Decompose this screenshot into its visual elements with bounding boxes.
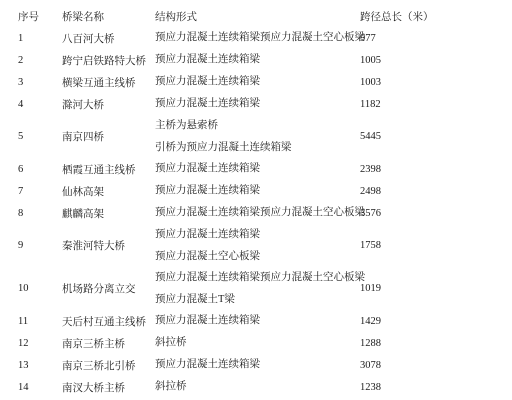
row-number: 10	[0, 283, 62, 294]
structure-forms: 预应力混凝土连续箱梁	[155, 71, 360, 93]
bridge-name: 机场路分离立交	[62, 281, 155, 296]
span-length: 1003	[360, 77, 512, 88]
row-number: 11	[0, 316, 62, 327]
bridge-name: 跨宁启铁路特大桥	[62, 53, 155, 68]
structure-forms: 预应力混凝土连续箱梁预应力混凝土空心板梁	[155, 202, 360, 224]
structure-line: 预应力混凝土T梁	[155, 289, 360, 311]
structure-line: 引桥为预应力混凝土连续箱梁	[155, 137, 360, 159]
structure-line: 主桥为悬索桥	[155, 115, 360, 137]
structure-line: 预应力混凝土连续箱梁	[155, 310, 360, 332]
structure-forms: 预应力混凝土连续箱梁预应力混凝土空心板梁	[155, 224, 360, 267]
table-row: 9 秦淮河特大桥 预应力混凝土连续箱梁预应力混凝土空心板梁 1758	[0, 224, 512, 267]
bridge-name: 横梁互通主线桥	[62, 75, 155, 90]
bridge-name: 麒麟高架	[62, 206, 155, 221]
structure-forms: 预应力混凝土连续箱梁预应力混凝土空心板梁预应力混凝土T梁	[155, 267, 360, 310]
structure-forms: 预应力混凝土连续箱梁	[155, 354, 360, 376]
table-row: 13 南京三桥北引桥 预应力混凝土连续箱梁 3078	[0, 354, 512, 376]
bridge-name: 天后村互通主线桥	[62, 314, 155, 329]
bridge-name: 南汊大桥主桥	[62, 380, 155, 395]
structure-forms: 预应力混凝土连续箱梁预应力混凝土空心板梁	[155, 27, 360, 49]
structure-line: 预应力混凝土连续箱梁	[155, 93, 360, 115]
structure-line: 预应力混凝土空心板梁	[155, 246, 360, 268]
header-structure: 结构形式	[155, 9, 360, 24]
span-length: 1019	[360, 283, 512, 294]
bridge-name: 滁河大桥	[62, 97, 155, 112]
structure-line: 预应力混凝土连续箱梁	[155, 158, 360, 180]
row-number: 9	[0, 240, 62, 251]
structure-line: 预应力混凝土连续箱梁	[155, 180, 360, 202]
table-header-row: 序号 桥梁名称 结构形式 跨径总长（米）	[0, 5, 512, 27]
table-row: 5 南京四桥 主桥为悬索桥引桥为预应力混凝土连续箱梁 5445	[0, 115, 512, 158]
table-row: 1 八百河大桥 预应力混凝土连续箱梁预应力混凝土空心板梁 977	[0, 27, 512, 49]
structure-forms: 预应力混凝土连续箱梁	[155, 49, 360, 71]
span-length: 3576	[360, 208, 512, 219]
table-row: 4 滁河大桥 预应力混凝土连续箱梁 1182	[0, 93, 512, 115]
span-length: 1238	[360, 382, 512, 393]
structure-line: 预应力混凝土连续箱梁	[155, 49, 360, 71]
span-length: 5445	[360, 131, 512, 142]
table-row: 7 仙林高架 预应力混凝土连续箱梁 2498	[0, 180, 512, 202]
row-number: 6	[0, 164, 62, 175]
structure-line: 预应力混凝土连续箱梁预应力混凝土空心板梁	[155, 267, 360, 289]
span-length: 3078	[360, 360, 512, 371]
span-length: 1288	[360, 338, 512, 349]
span-length: 977	[360, 33, 512, 44]
span-length: 1758	[360, 240, 512, 251]
span-length: 2498	[360, 186, 512, 197]
structure-line: 斜拉桥	[155, 376, 360, 398]
table-row: 12 南京三桥主桥 斜拉桥 1288	[0, 332, 512, 354]
row-number: 4	[0, 99, 62, 110]
bridge-name: 南京四桥	[62, 129, 155, 144]
row-number: 12	[0, 338, 62, 349]
structure-line: 斜拉桥	[155, 332, 360, 354]
table-row: 2 跨宁启铁路特大桥 预应力混凝土连续箱梁 1005	[0, 49, 512, 71]
structure-forms: 斜拉桥	[155, 332, 360, 354]
row-number: 2	[0, 55, 62, 66]
row-number: 8	[0, 208, 62, 219]
row-number: 14	[0, 382, 62, 393]
table-row: 6 栖霞互通主线桥 预应力混凝土连续箱梁 2398	[0, 158, 512, 180]
structure-line: 预应力混凝土连续箱梁预应力混凝土空心板梁	[155, 202, 360, 224]
span-length: 1429	[360, 316, 512, 327]
bridge-table-page: 序号 桥梁名称 结构形式 跨径总长（米） 1 八百河大桥 预应力混凝土连续箱梁预…	[0, 0, 512, 398]
table-row: 10 机场路分离立交 预应力混凝土连续箱梁预应力混凝土空心板梁预应力混凝土T梁 …	[0, 267, 512, 310]
table-row: 3 横梁互通主线桥 预应力混凝土连续箱梁 1003	[0, 71, 512, 93]
row-number: 5	[0, 131, 62, 142]
structure-forms: 斜拉桥	[155, 376, 360, 398]
table-row: 14 南汊大桥主桥 斜拉桥 1238	[0, 376, 512, 398]
bridge-name: 南京三桥北引桥	[62, 358, 155, 373]
structure-line: 预应力混凝土连续箱梁	[155, 71, 360, 93]
row-number: 13	[0, 360, 62, 371]
row-number: 1	[0, 33, 62, 44]
bridge-name: 八百河大桥	[62, 31, 155, 46]
structure-forms: 预应力混凝土连续箱梁	[155, 180, 360, 202]
bridge-name: 秦淮河特大桥	[62, 238, 155, 253]
header-name: 桥梁名称	[62, 9, 155, 24]
structure-forms: 预应力混凝土连续箱梁	[155, 310, 360, 332]
table-body: 1 八百河大桥 预应力混凝土连续箱梁预应力混凝土空心板梁 977 2 跨宁启铁路…	[0, 27, 512, 398]
structure-line: 预应力混凝土连续箱梁	[155, 354, 360, 376]
header-span: 跨径总长（米）	[360, 9, 512, 24]
span-length: 1005	[360, 55, 512, 66]
bridge-name: 栖霞互通主线桥	[62, 162, 155, 177]
structure-forms: 预应力混凝土连续箱梁	[155, 93, 360, 115]
structure-line: 预应力混凝土连续箱梁预应力混凝土空心板梁	[155, 27, 360, 49]
span-length: 1182	[360, 99, 512, 110]
structure-line: 预应力混凝土连续箱梁	[155, 224, 360, 246]
bridge-name: 南京三桥主桥	[62, 336, 155, 351]
table-row: 8 麒麟高架 预应力混凝土连续箱梁预应力混凝土空心板梁 3576	[0, 202, 512, 224]
table-row: 11 天后村互通主线桥 预应力混凝土连续箱梁 1429	[0, 310, 512, 332]
span-length: 2398	[360, 164, 512, 175]
bridge-name: 仙林高架	[62, 184, 155, 199]
header-no: 序号	[0, 9, 62, 24]
row-number: 7	[0, 186, 62, 197]
structure-forms: 主桥为悬索桥引桥为预应力混凝土连续箱梁	[155, 115, 360, 158]
row-number: 3	[0, 77, 62, 88]
structure-forms: 预应力混凝土连续箱梁	[155, 158, 360, 180]
